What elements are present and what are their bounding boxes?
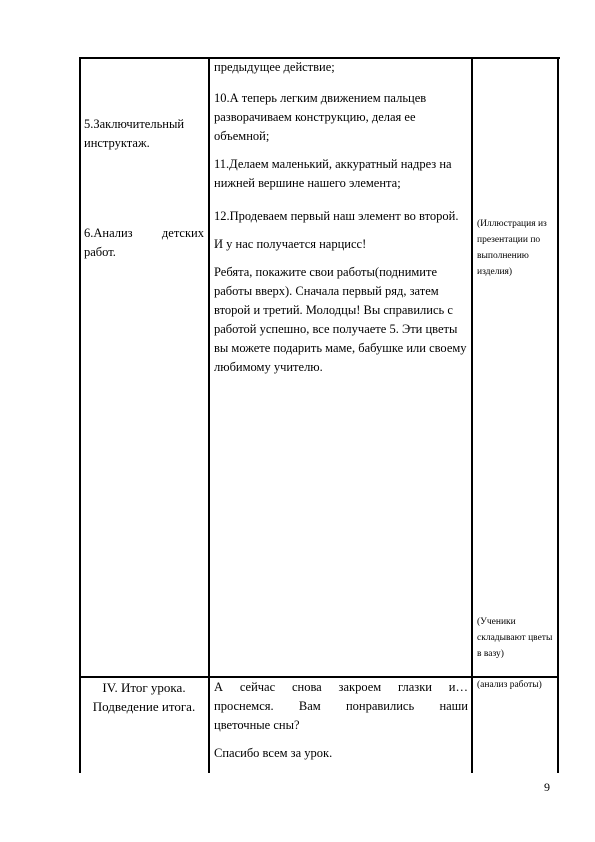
content-paragraph: 12.Продеваем первый наш элемент во второ…: [214, 207, 468, 226]
stage-summary-line1: IV. Итог урока.: [84, 678, 204, 697]
table-column-divider-2: [471, 57, 473, 773]
summary-line: Спасибо всем за урок.: [214, 744, 468, 763]
note-students-vase: (Ученики складывают цветы в вазу): [477, 614, 555, 662]
summary-content: А сейчас снова закроем глазки и… проснем…: [214, 678, 468, 763]
content-paragraph: Ребята, покажите свои работы(поднимите р…: [214, 263, 468, 377]
table-column-divider-1: [208, 57, 210, 773]
table-left-border: [79, 57, 81, 773]
content-paragraph: 11.Делаем маленький, аккуратный надрез н…: [214, 155, 468, 193]
stage-6-label-line2: работ.: [84, 243, 204, 262]
lesson-content: предыдущее действие; 10.А теперь легким …: [214, 58, 468, 386]
stage-final-instruction: 5.Заключительный инструктаж.: [84, 115, 204, 153]
stage-summary-line2: Подведение итога.: [84, 697, 204, 716]
summary-line: проснемся. Вам понравились наши: [214, 697, 468, 716]
content-paragraph: предыдущее действие;: [214, 58, 468, 77]
note-text: (Ученики складывают цветы в вазу): [477, 614, 555, 662]
stage-summary: IV. Итог урока. Подведение итога.: [84, 678, 204, 716]
stage-6-label-line1: 6.Анализ детских: [84, 224, 204, 243]
note-text: (Иллюстрация из презентации по выполнени…: [477, 216, 555, 280]
stage-5-label: 5.Заключительный инструктаж.: [84, 115, 204, 153]
summary-line: А сейчас снова закроем глазки и…: [214, 678, 468, 697]
content-paragraph: 10.А теперь легким движением пальцев раз…: [214, 89, 468, 146]
summary-line: цветочные сны?: [214, 716, 468, 735]
note-work-analysis: (анализ работы): [477, 677, 555, 693]
note-illustration: (Иллюстрация из презентации по выполнени…: [477, 216, 555, 280]
content-paragraph: И у нас получается нарцисс!: [214, 235, 468, 254]
page-number: 9: [544, 780, 550, 795]
table-right-border: [557, 57, 559, 773]
stage-analysis: 6.Анализ детских работ.: [84, 224, 204, 262]
document-page: 5.Заключительный инструктаж. 6.Анализ де…: [0, 0, 595, 842]
note-text: (анализ работы): [477, 677, 555, 693]
